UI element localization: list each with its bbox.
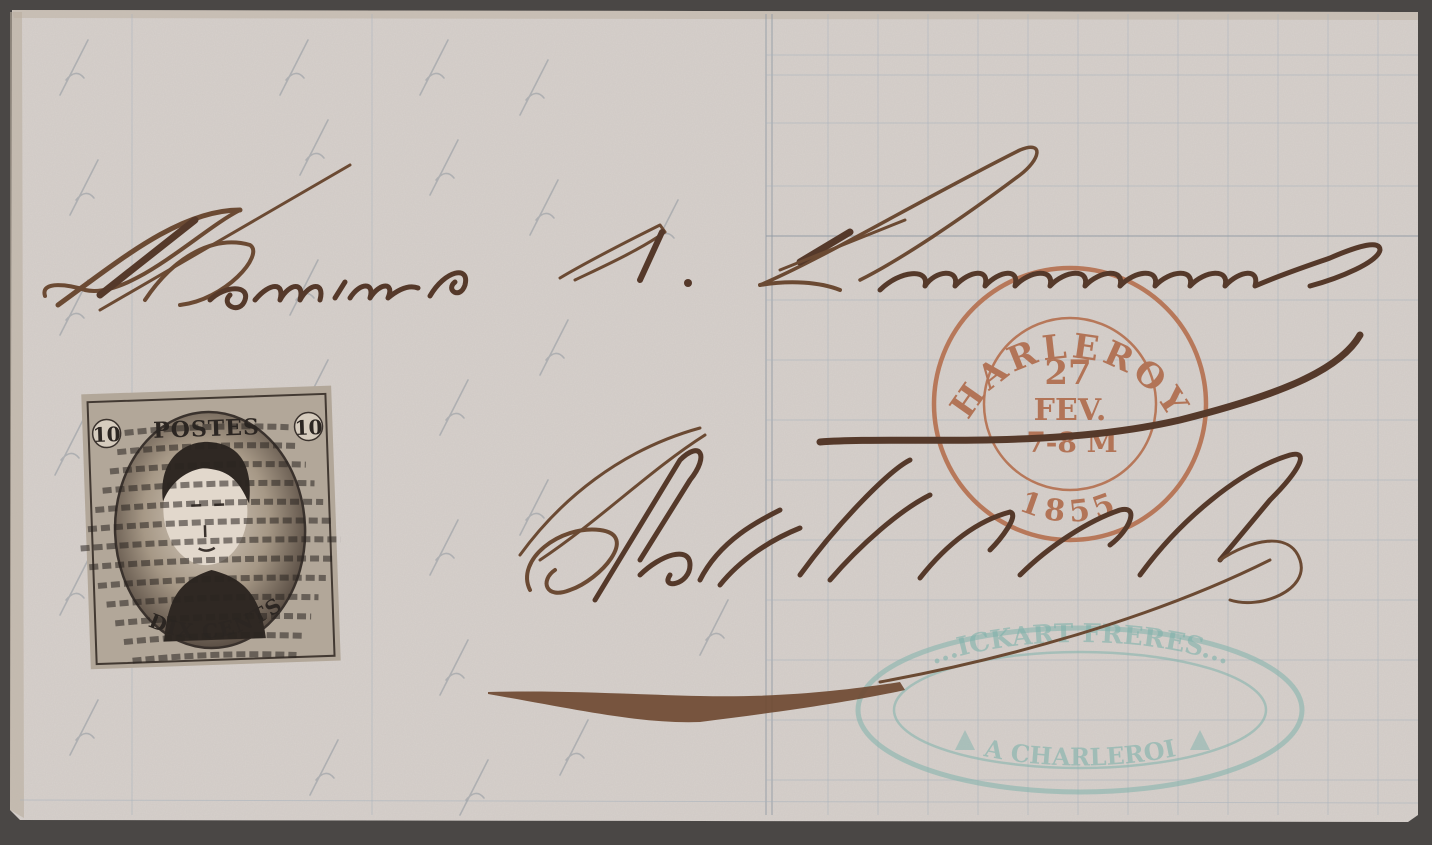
datestamp-month: FEV.: [1034, 393, 1107, 428]
stamp-value-left: 10: [92, 422, 121, 447]
stamp-value-right: 10: [294, 415, 323, 440]
postal-cover-photo: ...ICKART FRERES... A CHARLEROI HARLEROY…: [0, 0, 1432, 845]
datestamp-day: 27: [1044, 353, 1091, 393]
postage-stamp: 10 10 POSTES DIX CENTS: [75, 386, 344, 670]
